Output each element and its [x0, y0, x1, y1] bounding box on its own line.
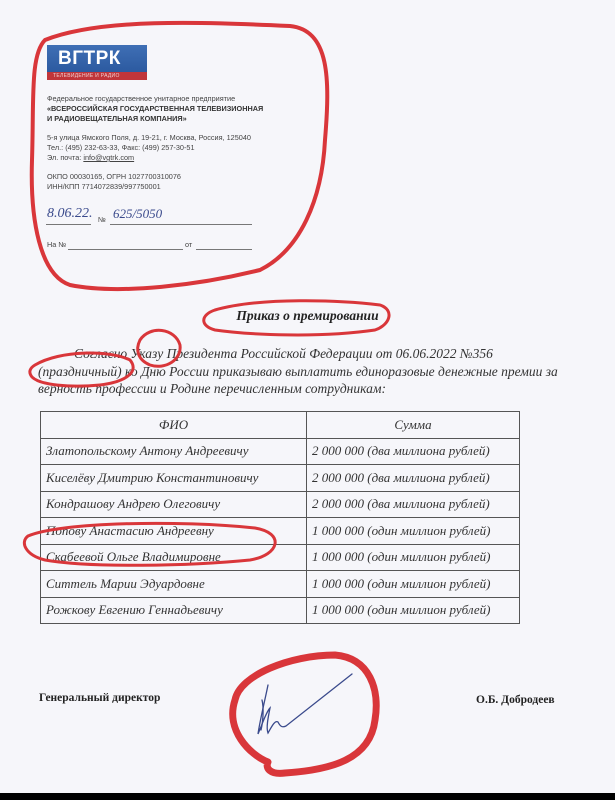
header-fio: ФИО: [41, 412, 307, 439]
row-name: Киселёву Дмитрию Константиновичу: [41, 465, 307, 492]
org-type: Федеральное государственное унитарное пр…: [47, 94, 235, 103]
row-name: Ситтель Марии Эдуардовне: [41, 571, 307, 598]
vgtrk-logo: ВГТРК ТЕЛЕВИДЕНИЕ И РАДИО: [47, 45, 147, 83]
row-amount: 2 000 000 (два миллиона рублей): [307, 465, 520, 492]
table-row: Ситтель Марии Эдуардовне 1 000 000 (один…: [41, 571, 520, 598]
table-row: Киселёву Дмитрию Константиновичу 2 000 0…: [41, 465, 520, 492]
table-row: Попову Анастасию Андреевну 1 000 000 (од…: [41, 518, 520, 545]
row-amount: 2 000 000 (два миллиона рублей): [307, 438, 520, 465]
org-name-line2: И РАДИОВЕЩАТЕЛЬНАЯ КОМПАНИЯ»: [47, 114, 187, 123]
org-address: 5-я улица Ямского Поля, д. 19-21, г. Мос…: [47, 133, 251, 142]
row-amount: 1 000 000 (один миллион рублей): [307, 597, 520, 624]
row-name: Скабеевой Ольге Владимировне: [41, 544, 307, 571]
number-label: №: [98, 215, 106, 224]
from-underline: [196, 249, 252, 250]
org-email-line: Эл. почта: info@vgtrk.com: [47, 153, 134, 162]
row-name: Златопольскому Антону Андреевичу: [41, 438, 307, 465]
number-handwritten: 625/5050: [113, 206, 162, 222]
from-label: от: [185, 240, 192, 249]
reply-underline: [68, 249, 183, 250]
awards-table: ФИО Сумма Златопольскому Антону Андрееви…: [40, 411, 520, 624]
document-page: ВГТРК ТЕЛЕВИДЕНИЕ И РАДИО Федеральное го…: [0, 0, 615, 793]
row-name: Кондрашову Андрею Олеговичу: [41, 491, 307, 518]
row-amount: 1 000 000 (один миллион рублей): [307, 571, 520, 598]
table-row: Златопольскому Антону Андреевичу 2 000 0…: [41, 438, 520, 465]
org-inn-kpp: ИНН/КПП 7714072839/997750001: [47, 182, 161, 191]
email-label: Эл. почта:: [47, 153, 83, 162]
email-link[interactable]: info@vgtrk.com: [83, 153, 134, 162]
reply-label: На №: [47, 240, 66, 249]
row-name: Попову Анастасию Андреевну: [41, 518, 307, 545]
org-okpo-ogrn: ОКПО 00030165, ОГРН 1027700310076: [47, 172, 181, 181]
table-row: Рожкову Евгению Геннадьевичу 1 000 000 (…: [41, 597, 520, 624]
number-underline: [110, 224, 252, 225]
org-name-line1: «ВСЕРОССИЙСКАЯ ГОСУДАРСТВЕННАЯ ТЕЛЕВИЗИО…: [47, 104, 263, 113]
row-amount: 1 000 000 (один миллион рублей): [307, 544, 520, 571]
header-amount: Сумма: [307, 412, 520, 439]
document-body: Согласно Указу Президента Российской Фед…: [38, 345, 568, 398]
logo-main-text: ВГТРК: [47, 45, 147, 72]
signatory-name: О.Б. Добродеев: [476, 694, 555, 706]
row-amount: 2 000 000 (два миллиона рублей): [307, 491, 520, 518]
date-underline: [46, 224, 91, 225]
table-row: Кондрашову Андрею Олеговичу 2 000 000 (д…: [41, 491, 520, 518]
table-row: Скабеевой Ольге Владимировне 1 000 000 (…: [41, 544, 520, 571]
row-amount: 1 000 000 (один миллион рублей): [307, 518, 520, 545]
table-header-row: ФИО Сумма: [41, 412, 520, 439]
logo-sub-text: ТЕЛЕВИДЕНИЕ И РАДИО: [47, 72, 147, 80]
row-name: Рожкову Евгению Геннадьевичу: [41, 597, 307, 624]
document-title: Приказ о премировании: [0, 308, 615, 324]
date-handwritten: 8.06.22.: [47, 206, 93, 222]
signatory-position: Генеральный директор: [39, 692, 160, 704]
org-phone-fax: Тел.: (495) 232-63-33, Факс: (499) 257-3…: [47, 143, 195, 152]
bottom-black-bar: [0, 793, 615, 800]
